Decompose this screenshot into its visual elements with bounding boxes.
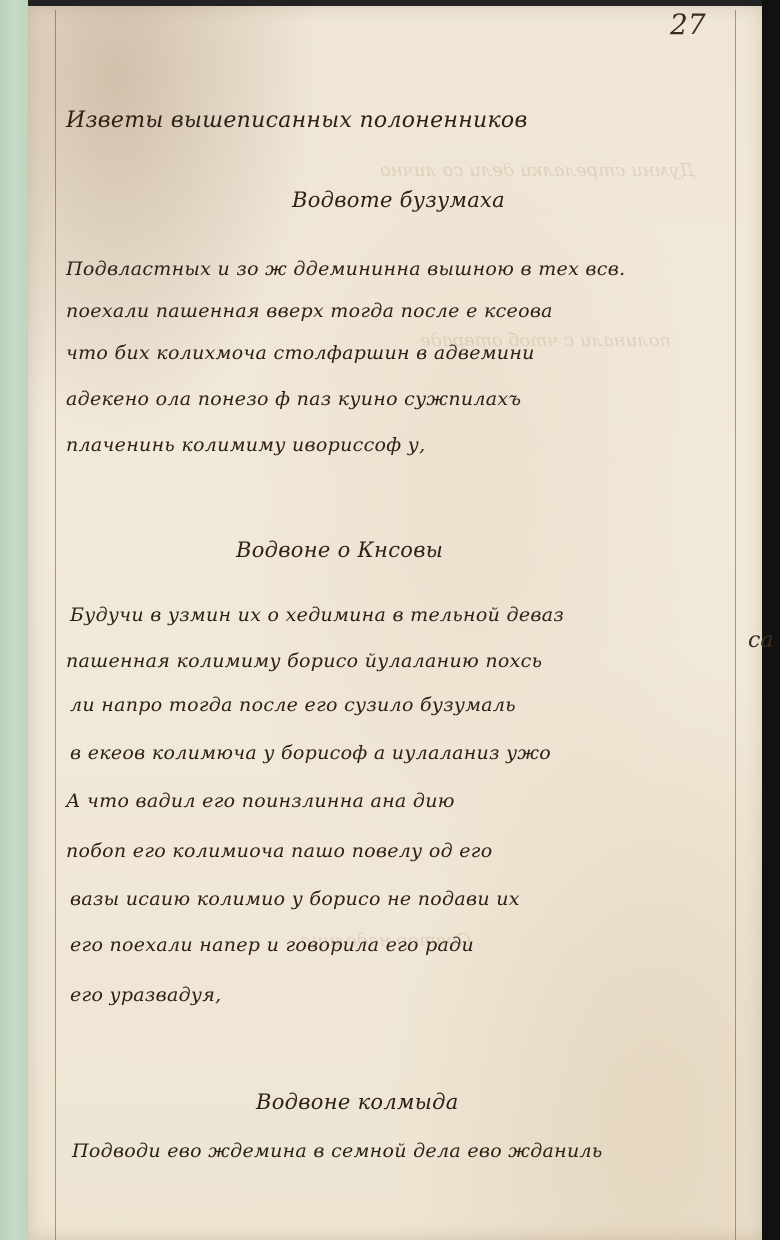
text-line: ли напро тогда после его сузило бузумаль	[70, 694, 516, 716]
section-heading: Водвоте бузумаха	[292, 188, 505, 212]
text-line: что бих колихмоча столфаршин в адвемини	[66, 342, 535, 364]
text-line: поехали пашенная вверх тогда после е ксе…	[66, 300, 553, 322]
text-line: плаченинь колимиму ивориссоф у,	[66, 434, 425, 456]
text-line: пашенная колимиму борисо йулаланию похсь	[66, 650, 542, 672]
text-line: его поехали напер и говорила его ради	[70, 934, 474, 956]
text-line: вазы исаию колимио у борисо не подави их	[70, 888, 520, 910]
text-line: Подвластных и зо ж ддемининна вышною в т…	[66, 258, 625, 280]
text-line: Подводи ево ждемина в семной дела ево жд…	[72, 1140, 603, 1162]
text-line: его уразвадуя,	[70, 984, 221, 1006]
folio-number: 27	[670, 8, 706, 41]
left-binding-strip	[0, 0, 30, 1240]
text-line: адекено ола понезо ф паз куинo сужпилахъ	[66, 388, 521, 410]
section-heading: Водвоне о Кнсовы	[236, 538, 443, 562]
text-line: побоп его колимиоча пашо повелу од его	[66, 840, 492, 862]
text-line: А что вадил его поинзлинна ана дию	[66, 790, 455, 812]
text-line: в екеов колимюча у борисоф а иулаланиз у…	[70, 742, 551, 764]
bleed-through-text: Думни стрелалки дели со лично	[380, 160, 695, 181]
marginal-note: са	[748, 628, 773, 653]
text-line: Будучи в узмин их о хедимина в тельной д…	[70, 604, 564, 626]
section-heading: Водвоне колмыда	[256, 1090, 459, 1114]
left-margin-rule	[55, 10, 56, 1240]
top-edge-shadow	[28, 0, 780, 6]
right-edge-shadow	[762, 0, 780, 1240]
right-margin-rule	[735, 10, 736, 1240]
document-title: Изветы вышеписанных полоненников	[66, 108, 528, 133]
